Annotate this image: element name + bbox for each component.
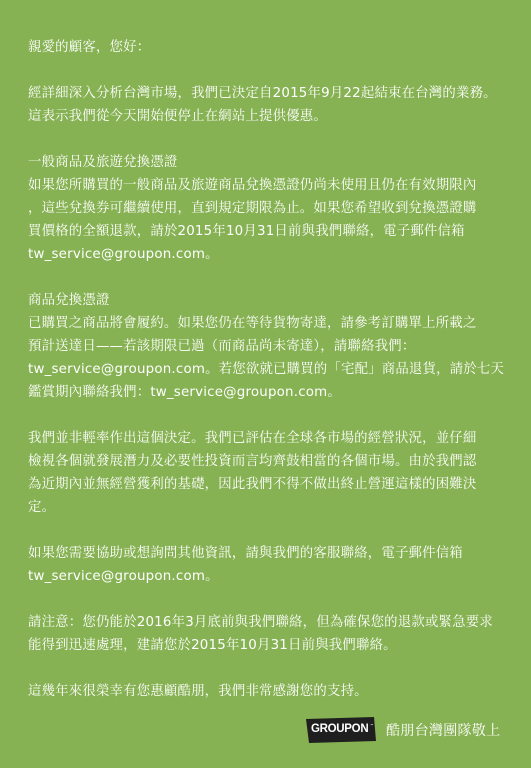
signature-footer: GROUPON ™ 酷朋台灣團隊敬上 xyxy=(306,716,500,744)
signoff-text: 酷朋台灣團隊敬上 xyxy=(386,720,500,740)
logo-wordmark: GROUPON xyxy=(311,723,368,735)
contact-paragraph: 如果您需要協助或想詢問其他資訊，請與我們的客服聯絡，電子郵件信箱 tw_serv… xyxy=(28,542,518,588)
section-heading-general: 一般商品及旅遊兌換憑證 xyxy=(28,151,518,174)
decision-line: 為近期內並無經營獲利的基礎，因此我們不得不做出終止營運這樣的困難決 xyxy=(28,473,518,496)
general-line: ，這些兌換券可繼續使用，直到規定期限為止。如果您希望收到兌換憑證購 xyxy=(28,197,518,220)
goods-voucher-section: 商品兌換憑證 已購買之商品將會履約。如果您仍在等待貨物寄達，請參考訂購單上所載之… xyxy=(28,289,518,404)
decision-line: 我們並非輕率作出這個決定。我們已評估在全球各市場的經營狀況，並仔細 xyxy=(28,427,518,450)
goods-line: 鑑賞期內聯絡我們：tw_service@groupon.com。 xyxy=(28,381,518,404)
intro-paragraph: 經詳細深入分析台灣市場，我們已決定自2015年9月22起結束在台灣的業務。 這表… xyxy=(28,82,518,128)
greeting: 親愛的顧客，您好： xyxy=(28,36,518,59)
decision-line: 定。 xyxy=(28,496,518,519)
intro-line: 這表示我們從今天開始便停止在網站上提供優惠。 xyxy=(28,105,518,128)
general-voucher-section: 一般商品及旅遊兌換憑證 如果您所購買的一般商品及旅遊商品兌換憑證仍尚未使用且仍在… xyxy=(28,151,518,266)
thanks-paragraph: 這幾年來很榮幸有您惠顧酷朋，我們非常感謝您的支持。 xyxy=(28,680,518,703)
notice-line: 能得到迅速處理，建請您於2015年10月31日前與我們聯絡。 xyxy=(28,634,518,657)
letter-body: 親愛的顧客，您好： 經詳細深入分析台灣市場，我們已決定自2015年9月22起結束… xyxy=(28,36,518,726)
decision-line: 檢視各個就發展潛力及必要性投資而言均齊鼓相當的各個市場。由於我們認 xyxy=(28,450,518,473)
goods-line: tw_service@groupon.com。若您欲就已購買的「宅配」商品退貨，… xyxy=(28,358,518,381)
decision-paragraph: 我們並非輕率作出這個決定。我們已評估在全球各市場的經營狀況，並仔細 檢視各個就發… xyxy=(28,427,518,519)
goods-line: 預計送達日——若該期限已過（而商品尚未寄達），請聯絡我們： xyxy=(28,335,518,358)
notice-paragraph: 請注意：您仍能於2016年3月底前與我們聯絡，但為確保您的退款或緊急要求 能得到… xyxy=(28,611,518,657)
intro-line: 經詳細深入分析台灣市場，我們已決定自2015年9月22起結束在台灣的業務。 xyxy=(28,82,518,105)
contact-line: 如果您需要協助或想詢問其他資訊，請與我們的客服聯絡，電子郵件信箱 xyxy=(28,542,518,565)
thanks-line: 這幾年來很榮幸有您惠顧酷朋，我們非常感謝您的支持。 xyxy=(28,680,518,703)
groupon-logo: GROUPON ™ xyxy=(306,717,376,743)
greeting-paragraph: 親愛的顧客，您好： xyxy=(28,36,518,59)
notice-line: 請注意：您仍能於2016年3月底前與我們聯絡，但為確保您的退款或緊急要求 xyxy=(28,611,518,634)
general-line: 買價格的全額退款，請於2015年10月31日前與我們聯絡，電子郵件信箱 xyxy=(28,220,518,243)
general-line: 如果您所購買的一般商品及旅遊商品兌換憑證仍尚未使用且仍在有效期限內 xyxy=(28,174,518,197)
section-heading-goods: 商品兌換憑證 xyxy=(28,289,518,312)
general-email: tw_service@groupon.com。 xyxy=(28,243,518,266)
goods-line: 已購買之商品將會履約。如果您仍在等待貨物寄達，請參考訂購單上所載之 xyxy=(28,312,518,335)
contact-email: tw_service@groupon.com。 xyxy=(28,565,518,588)
trademark-mark: ™ xyxy=(370,723,374,728)
